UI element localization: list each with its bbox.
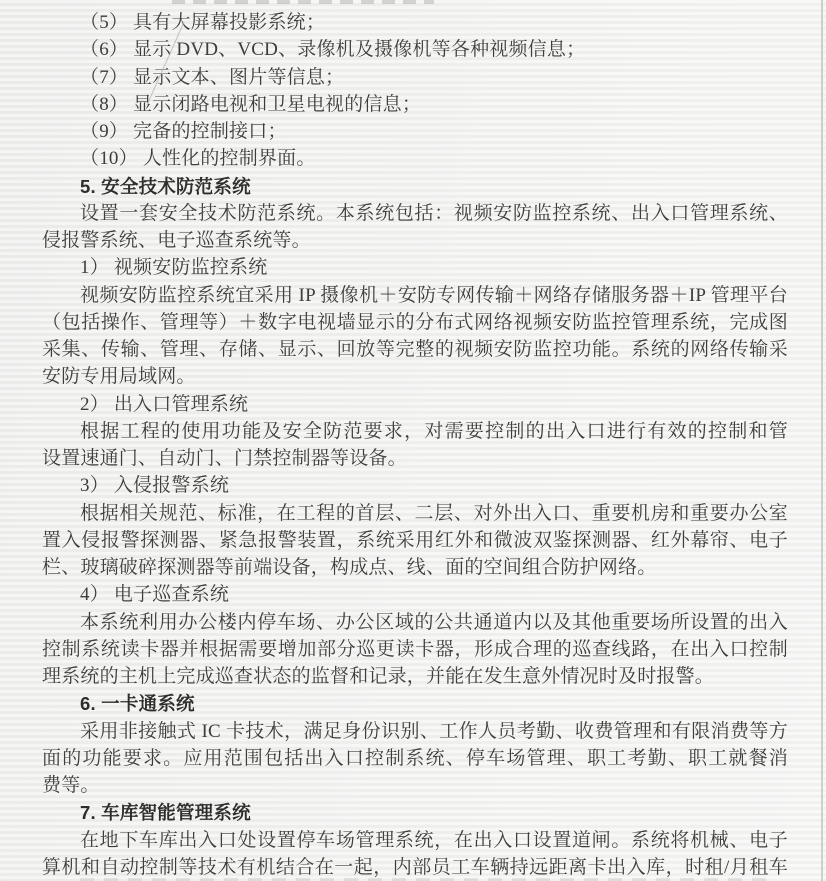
text-line: 1） 视频安防监控系统 xyxy=(42,254,788,281)
text-line: （包括操作、管理等）＋数字电视墙显示的分布式网络视频安防监控管理系统，完成图像 xyxy=(42,309,788,336)
text-line: 4） 电子巡查系统 xyxy=(42,581,788,608)
text-line: （9） 完备的控制接口； xyxy=(42,118,788,145)
section-heading: 7. 车库智能管理系统 xyxy=(42,799,788,826)
text-line: 根据相关规范、标准，在工程的首层、二层、对外出入口、重要机房和重要办公室设 xyxy=(42,500,788,527)
text-line: 2） 出入口管理系统 xyxy=(42,391,788,418)
text-line: 费等。 xyxy=(42,772,788,799)
text-line: 理系统的主机上完成巡查状态的监督和记录，并能在发生意外情况时及时报警。 xyxy=(42,663,788,690)
text-line: 采集、传输、管理、存储、显示、回放等完整的视频安防监控功能。系统的网络传输采用 xyxy=(42,336,788,363)
text-line: （6） 显示 DVD、VCD、录像机及摄像机等各种视频信息； xyxy=(42,36,788,63)
text-line: （5） 具有大屏幕投影系统； xyxy=(42,9,788,36)
text-line: 在地下车库出入口处设置停车场管理系统，在出入口设置道闸。系统将机械、电子计 xyxy=(42,827,788,854)
text-line: 设置一套安全技术防范系统。本系统包括：视频安防监控系统、出入口管理系统、入 xyxy=(42,200,788,227)
text-line: 栏、玻璃破碎探测器等前端设备，构成点、线、面的空间组合防护网络。 xyxy=(42,554,788,581)
text-line: 视频安防监控系统宜采用 IP 摄像机＋安防专网传输＋网络存储服务器＋IP 管理平… xyxy=(42,282,788,309)
text-line: 设置速通门、自动门、门禁控制器等设备。 xyxy=(42,445,788,472)
text-line: 安防专用局域网。 xyxy=(42,363,788,390)
text-line: 算机和自动控制等技术有机结合在一起，内部员工车辆持远距离卡出入库，时租/月租车 xyxy=(42,854,788,881)
document-content: （5） 具有大屏幕投影系统；（6） 显示 DVD、VCD、录像机及摄像机等各种视… xyxy=(42,9,788,881)
text-line: 采用非接触式 IC 卡技术，满足身份识别、工作人员考勤、收费管理和有限消费等方 xyxy=(42,718,788,745)
text-line: 本系统利用办公楼内停车场、办公区域的公共通道内以及其他重要场所设置的出入口 xyxy=(42,609,788,636)
text-line: 侵报警系统、电子巡查系统等。 xyxy=(42,227,788,254)
text-line: 置入侵报警探测器、紧急报警装置，系统采用红外和微波双鉴探测器、红外幕帘、电子围 xyxy=(42,527,788,554)
text-line: 面的功能要求。应用范围包括出入口控制系统、停车场管理、职工考勤、职工就餐消 xyxy=(42,745,788,772)
text-line: （10） 人性化的控制界面。 xyxy=(42,145,788,172)
cut-text-fragment-top xyxy=(172,0,434,4)
section-heading: 6. 一卡通系统 xyxy=(42,690,788,717)
text-line: 3） 入侵报警系统 xyxy=(42,472,788,499)
text-line: （8） 显示闭路电视和卫星电视的信息； xyxy=(42,91,788,118)
text-line: 根据工程的使用功能及安全防范要求，对需要控制的出入口进行有效的控制和管理， xyxy=(42,418,788,445)
document-page: （5） 具有大屏幕投影系统；（6） 显示 DVD、VCD、录像机及摄像机等各种视… xyxy=(0,0,826,881)
section-heading: 5. 安全技术防范系统 xyxy=(42,173,788,200)
text-line: （7） 显示文本、图片等信息； xyxy=(42,64,788,91)
text-line: 控制系统读卡器并根据需要增加部分巡更读卡器，形成合理的巡查线路，在出入口控制管 xyxy=(42,636,788,663)
